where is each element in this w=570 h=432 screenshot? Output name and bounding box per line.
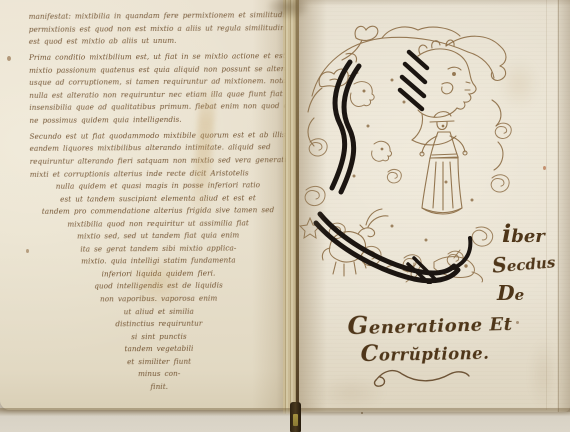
right-page-top-edge	[298, 0, 570, 6]
margin-rule-line	[546, 0, 547, 410]
gutter-page-edges	[283, 0, 297, 414]
flourish-swash	[370, 366, 474, 390]
manuscript-line: finit.	[31, 380, 287, 394]
spine-clasp	[293, 414, 298, 426]
decorated-initial-L	[296, 22, 524, 284]
title-word-iber: iber	[502, 219, 545, 248]
manuscript-text-block: manifestat: mixtibilia in quandam fere p…	[29, 9, 288, 394]
manuscript-line: ne possimus quidem quia intelligendis.	[29, 113, 285, 127]
title-corruptione: Corrŭptione.	[337, 338, 513, 367]
manuscript-line: est quod est mixtio ab aliis ut unum.	[29, 34, 285, 48]
title-word-de: De	[497, 281, 524, 305]
open-book-photo: manifestat: mixtibilia in quandam fere p…	[0, 0, 570, 432]
grotesque-faces	[350, 82, 391, 162]
book-bottom-edge	[0, 408, 570, 432]
page-crease-line	[558, 0, 559, 412]
title-generatione-et: Generatione Et	[330, 306, 531, 340]
black-overstrokes	[316, 52, 470, 284]
left-page: manifestat: mixtibilia in quandam fere p…	[0, 0, 294, 410]
gutter-shadow-right	[299, 0, 327, 412]
woman-figure	[420, 112, 467, 214]
